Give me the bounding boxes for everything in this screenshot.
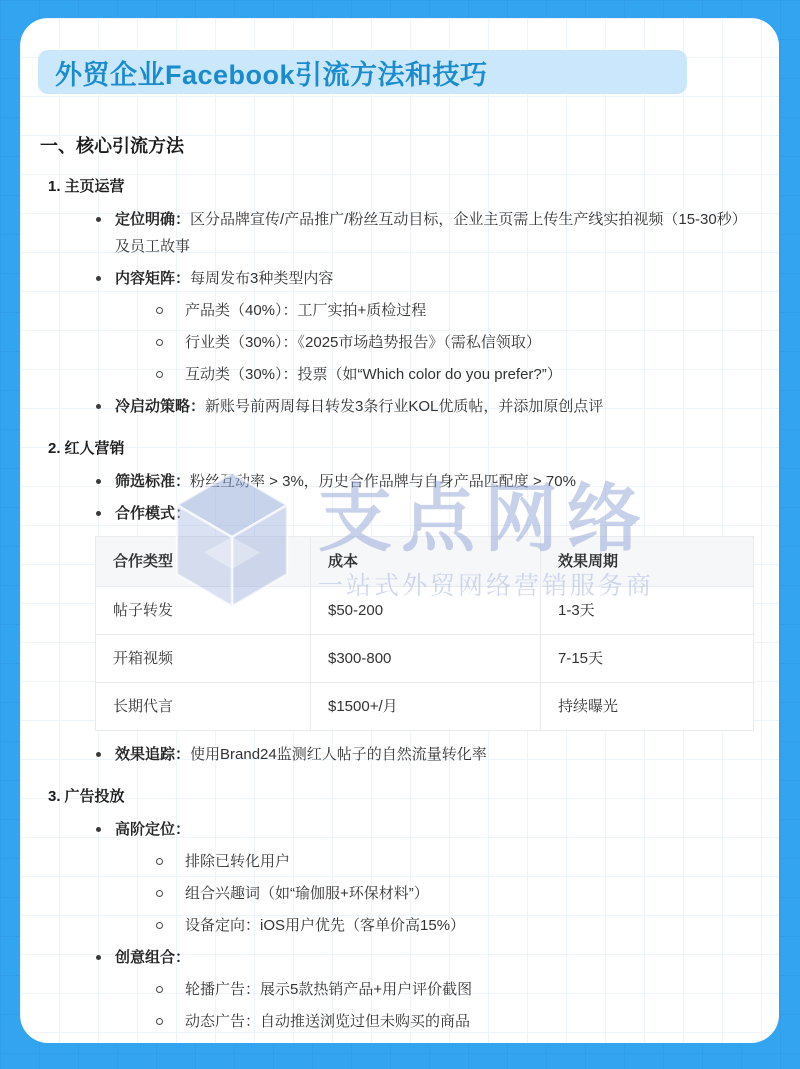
subsection-title-3: 3.广告投放 — [48, 786, 749, 808]
sub-list-item: 组合兴趣词（如“瑜伽服+环保材料”） — [185, 880, 749, 907]
table-row: 开箱视频 $300-800 7-15天 — [96, 635, 754, 683]
item-text: 粉丝互动率 > 3%，历史合作品牌与自身产品匹配度 > 70% — [190, 473, 576, 490]
document-body: 一、核心引流方法 1.主页运营 定位明确：区分品牌宣传/产品推广/粉丝互动目标，… — [40, 134, 749, 1043]
item-text: 区分品牌宣传/产品推广/粉丝互动目标，企业主页需上传生产线实拍视频（15-30秒… — [115, 211, 747, 255]
list-item: 定位明确：区分品牌宣传/产品推广/粉丝互动目标，企业主页需上传生产线实拍视频（1… — [115, 206, 749, 260]
list-item: 创意组合： 轮播广告：展示5款热销产品+用户评价截图 动态广告：自动推送浏览过但… — [115, 944, 749, 1043]
title-banner: 外贸企业Facebook引流方法和技巧 — [38, 50, 687, 94]
document-card: 外贸企业Facebook引流方法和技巧 一、核心引流方法 1.主页运营 定位明确… — [20, 18, 779, 1043]
subsection-label: 主页运营 — [65, 178, 125, 195]
sub-list-item: 排除已转化用户 — [185, 848, 749, 875]
column-header: 成本 — [311, 537, 541, 587]
table-cell: $300-800 — [311, 635, 541, 683]
page-title: 外贸企业Facebook引流方法和技巧 — [55, 53, 488, 92]
table-cell: $50-200 — [311, 587, 541, 635]
item-label: 冷启动策略： — [115, 398, 205, 415]
item-label: 筛选标准： — [115, 473, 190, 490]
sub-list-item: 设备定向：iOS用户优先（客单价高15%） — [185, 912, 749, 939]
list-item: 筛选标准：粉丝互动率 > 3%，历史合作品牌与自身产品匹配度 > 70% — [115, 468, 749, 495]
cooperation-table: 合作类型 成本 效果周期 帖子转发 $50-200 1-3天 开箱视频 $300… — [95, 536, 754, 731]
table-header-row: 合作类型 成本 效果周期 — [96, 537, 754, 587]
item-label: 定位明确： — [115, 211, 190, 228]
item-label: 内容矩阵： — [115, 270, 190, 287]
item-text: 新账号前两周每日转发3条行业KOL优质帖，并添加原创点评 — [205, 398, 603, 415]
item-label: 合作模式： — [115, 505, 190, 522]
list-item: 效果追踪：使用Brand24监测红人帖子的自然流量转化率 — [115, 741, 749, 768]
page-background: { "banner": { "title": "外贸企业Facebook引流方法… — [0, 0, 800, 1069]
sub-list-item: 互动类（30%）：投票（如“Which color do you prefer?… — [185, 361, 749, 388]
bullet-list: 定位明确：区分品牌宣传/产品推广/粉丝互动目标，企业主页需上传生产线实拍视频（1… — [40, 206, 749, 420]
sub-list-item: 轮播广告：展示5款热销产品+用户评价截图 — [185, 976, 749, 1003]
sub-list-item: Click-to-Messenger广告：结合聊天机器人发送电子优惠券 — [185, 1040, 749, 1043]
sub-list-item: 行业类（30%）：《2025市场趋势报告》（需私信领取） — [185, 329, 749, 356]
subsection-number: 3. — [48, 788, 61, 805]
table-cell: 开箱视频 — [96, 635, 311, 683]
item-label: 创意组合： — [115, 949, 190, 966]
item-label: 高阶定位： — [115, 821, 190, 838]
list-item: 内容矩阵：每周发布3种类型内容 产品类（40%）：工厂实拍+质检过程 行业类（3… — [115, 265, 749, 388]
sub-bullet-list: 产品类（40%）：工厂实拍+质检过程 行业类（30%）：《2025市场趋势报告》… — [115, 297, 749, 388]
list-item: 高阶定位： 排除已转化用户 组合兴趣词（如“瑜伽服+环保材料”） 设备定向：iO… — [115, 816, 749, 939]
bullet-list: 效果追踪：使用Brand24监测红人帖子的自然流量转化率 — [40, 741, 749, 768]
subsection-number: 2. — [48, 440, 61, 457]
item-label: 效果追踪： — [115, 746, 190, 763]
section-heading: 一、核心引流方法 — [40, 134, 749, 158]
table-cell: 帖子转发 — [96, 587, 311, 635]
item-text: 每周发布3种类型内容 — [190, 270, 333, 287]
subsection-label: 红人营销 — [65, 440, 125, 457]
table-row: 长期代言 $1500+/月 持续曝光 — [96, 683, 754, 731]
table-cell: 7-15天 — [541, 635, 754, 683]
table-row: 帖子转发 $50-200 1-3天 — [96, 587, 754, 635]
subsection-label: 广告投放 — [65, 788, 125, 805]
subsection-title-2: 2.红人营销 — [48, 438, 749, 460]
column-header: 效果周期 — [541, 537, 754, 587]
table-cell: 1-3天 — [541, 587, 754, 635]
list-item: 冷启动策略：新账号前两周每日转发3条行业KOL优质帖，并添加原创点评 — [115, 393, 749, 420]
subsection-title-1: 1.主页运营 — [48, 176, 749, 198]
item-text: 使用Brand24监测红人帖子的自然流量转化率 — [190, 746, 487, 763]
bullet-list: 高阶定位： 排除已转化用户 组合兴趣词（如“瑜伽服+环保材料”） 设备定向：iO… — [40, 816, 749, 1043]
table-cell: $1500+/月 — [311, 683, 541, 731]
subsection-number: 1. — [48, 178, 61, 195]
sub-list-item: 产品类（40%）：工厂实拍+质检过程 — [185, 297, 749, 324]
sub-bullet-list: 排除已转化用户 组合兴趣词（如“瑜伽服+环保材料”） 设备定向：iOS用户优先（… — [115, 848, 749, 939]
list-item: 合作模式： — [115, 500, 749, 527]
table-cell: 持续曝光 — [541, 683, 754, 731]
sub-list-item: 动态广告：自动推送浏览过但未购买的商品 — [185, 1008, 749, 1035]
bullet-list: 筛选标准：粉丝互动率 > 3%，历史合作品牌与自身产品匹配度 > 70% 合作模… — [40, 468, 749, 527]
sub-bullet-list: 轮播广告：展示5款热销产品+用户评价截图 动态广告：自动推送浏览过但未购买的商品… — [115, 976, 749, 1043]
table-cell: 长期代言 — [96, 683, 311, 731]
column-header: 合作类型 — [96, 537, 311, 587]
